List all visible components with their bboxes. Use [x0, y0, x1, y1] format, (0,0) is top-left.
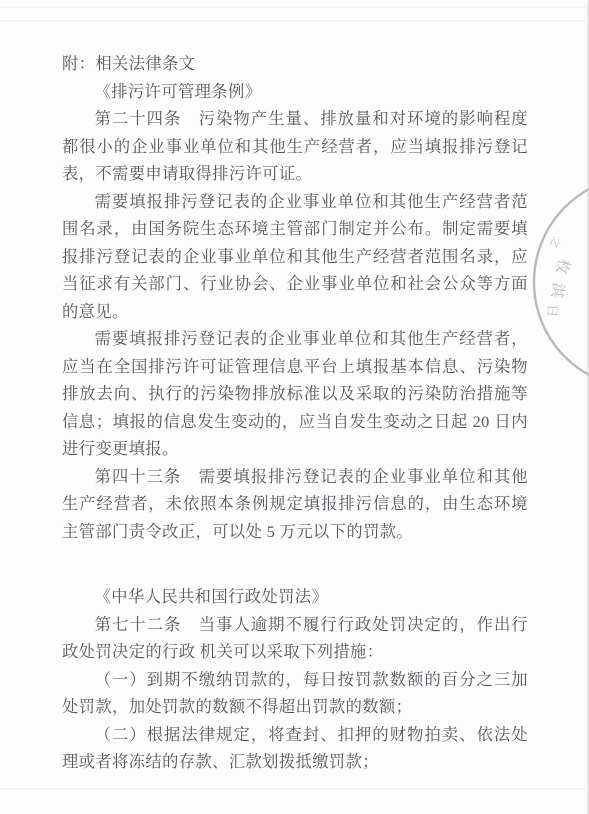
law-title-administrative-penalty-law: 《中华人民共和国行政处罚法》 [62, 583, 528, 611]
document-body: 附：相关法律条文 《排污许可管理条例》 第二十四条 污染物产生量、排放量和对环境… [62, 50, 528, 776]
registration-catalog-paragraph: 需要填报排污登记表的企业事业单位和其他生产经营者范围名录，由国务院生态环境主管部… [62, 188, 528, 326]
seal-glyph: 日 [544, 304, 560, 318]
seal-glyph: 淇 [548, 281, 567, 298]
measure-item-2: （二）根据法律规定，将查封、扣押的财物拍卖、依法处理或者将冻结的存款、汇款划拨抵… [62, 721, 528, 776]
scan-artifact-band [0, 20, 589, 22]
registration-platform-paragraph: 需要填报排污登记表的企业事业单位和其他生产经营者，应当在全国排污许可证管理信息平… [62, 325, 528, 463]
partial-round-seal-stamp: 之 枚 淇 日 [520, 170, 589, 400]
article-72-paragraph: 第七十二条 当事人逾期不履行行政处罚决定的，作出行政处罚决定的行政 机关可以采取… [62, 611, 528, 666]
law-title-pollutant-permit-regulation: 《排污许可管理条例》 [62, 78, 528, 106]
scanned-document-page: 附：相关法律条文 《排污许可管理条例》 第二十四条 污染物产生量、排放量和对环境… [0, 0, 589, 814]
scan-artifact-band [0, 788, 589, 790]
measure-item-1: （一）到期不缴纳罚款的，每日按罚款数额的百分之三加处罚款，加处罚款的数额不得超出… [62, 666, 528, 721]
seal-glyph: 之 [547, 235, 563, 250]
article-24-paragraph: 第二十四条 污染物产生量、排放量和对环境的影响程度都很小的企业事业单位和其他生产… [62, 105, 528, 188]
section-gap [62, 545, 528, 583]
seal-glyph: 枚 [552, 257, 572, 276]
article-43-paragraph: 第四十三条 需要填报排污登记表的企业事业单位和其他生产经营者，未依照本条例规定填… [62, 463, 528, 546]
seal-arc [534, 176, 589, 388]
attachment-label: 附：相关法律条文 [62, 50, 528, 78]
scan-artifact-band [0, 6, 589, 8]
scan-edge [585, 0, 586, 814]
